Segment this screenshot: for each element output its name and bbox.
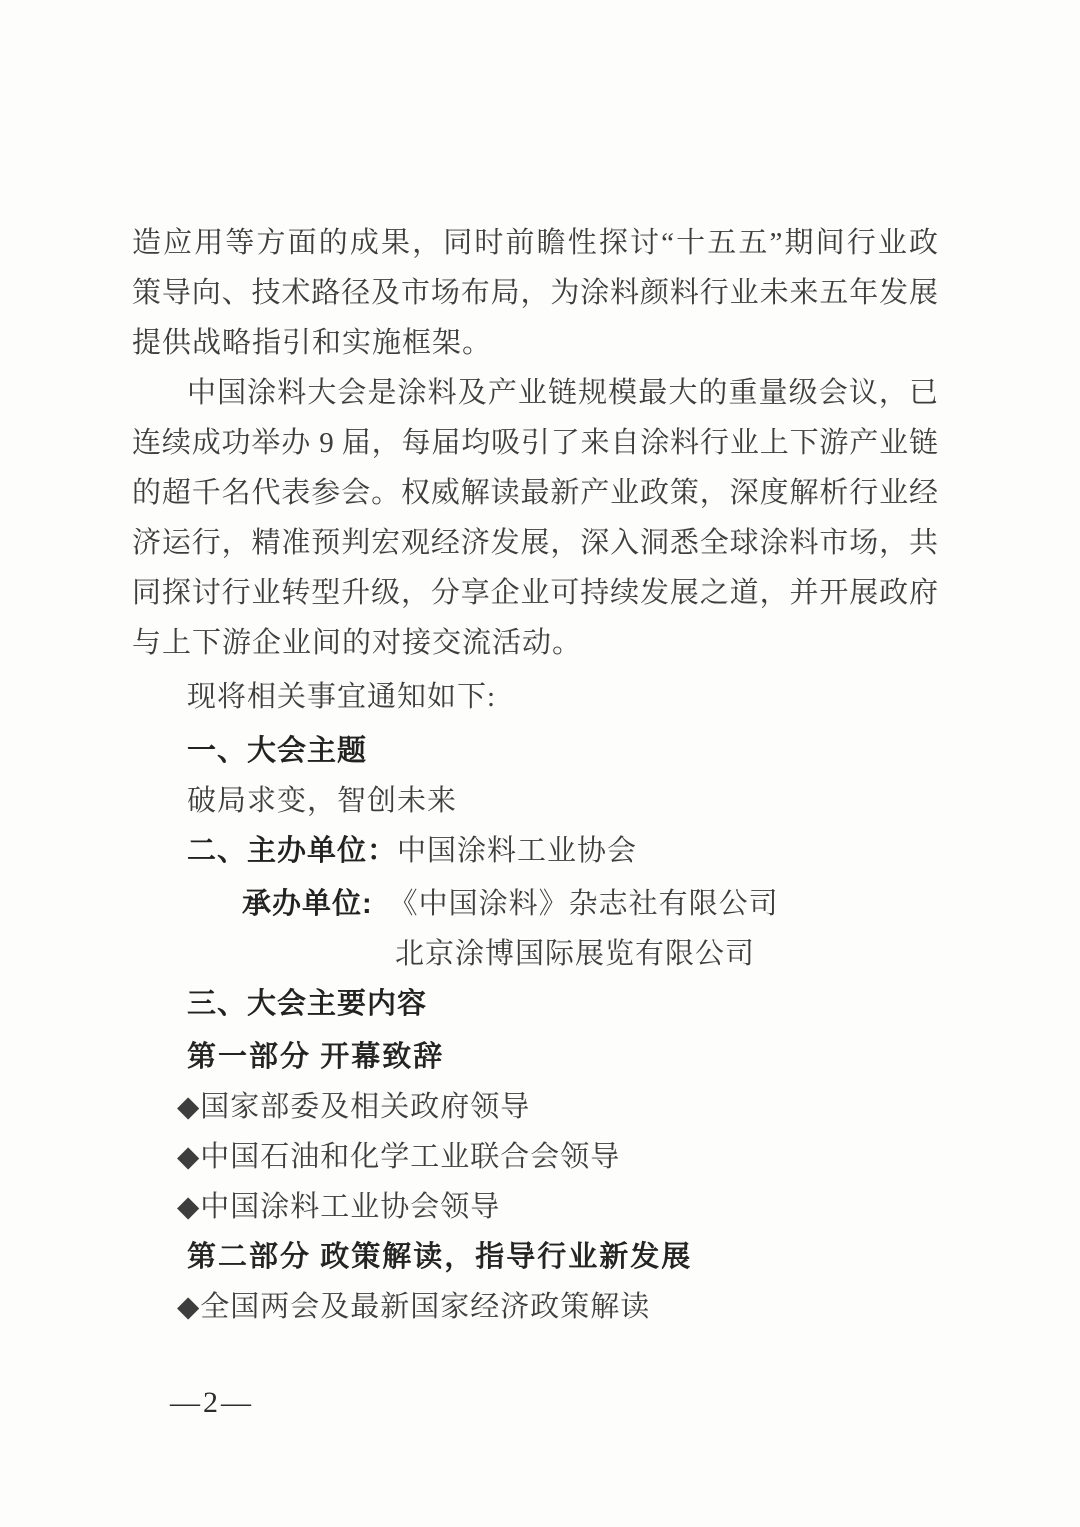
- section2-host-line: 二、主办单位：中国涂料工业协会: [132, 826, 938, 876]
- document-body: 造应用等方面的成果，同时前瞻性探讨“十五五”期间行业政 策导向、技术路径及市场布…: [132, 218, 938, 1332]
- section1-theme: 破局求变，智创未来: [132, 776, 938, 826]
- paragraph2-line3: 的超千名代表参会。权威解读最新产业政策，深度解析行业经: [132, 468, 938, 518]
- paragraph2-line5: 同探讨行业转型升级，分享企业可持续发展之道，并开展政府: [132, 568, 938, 618]
- notice-line: 现将相关事宜通知如下:: [132, 672, 938, 722]
- paragraph1-line3: 提供战略指引和实施框架。: [132, 318, 938, 368]
- paragraph2-line2: 连续成功举办 9 届，每届均吸引了来自涂料行业上下游产业链: [132, 418, 938, 468]
- page-number: —2—: [170, 1381, 254, 1425]
- part1-item-2: ◆中国石油和化学工业联合会领导: [132, 1132, 938, 1182]
- part2-item-1: ◆全国两会及最新国家经济政策解读: [132, 1282, 938, 1332]
- section2-organizer-line2: 北京涂博国际展览有限公司: [132, 929, 938, 979]
- host-label: 二、主办单位：: [187, 835, 397, 867]
- section3-heading: 三、大会主要内容: [132, 979, 938, 1029]
- paragraph2-line6: 与上下游企业间的对接交流活动。: [132, 618, 938, 668]
- host-value: 中国涂料工业协会: [397, 835, 637, 867]
- section2-organizer-line1: 承办单位:《中国涂料》杂志社有限公司: [132, 879, 938, 929]
- organizer-label: 承办单位:: [242, 888, 373, 920]
- part1-item-1: ◆国家部委及相关政府领导: [132, 1082, 938, 1132]
- section1-heading: 一、大会主题: [132, 726, 938, 776]
- organizer-value1: 《中国涂料》杂志社有限公司: [389, 888, 779, 920]
- part1-title: 第一部分 开幕致辞: [132, 1032, 938, 1082]
- paragraph1-line2: 策导向、技术路径及市场布局，为涂料颜料行业未来五年发展: [132, 268, 938, 318]
- paragraph1-line1: 造应用等方面的成果，同时前瞻性探讨“十五五”期间行业政: [132, 218, 938, 268]
- paragraph2-line4: 济运行，精准预判宏观经济发展，深入洞悉全球涂料市场，共: [132, 518, 938, 568]
- part1-item-3: ◆中国涂料工业协会领导: [132, 1182, 938, 1232]
- part2-title: 第二部分 政策解读，指导行业新发展: [132, 1232, 938, 1282]
- document-page: 造应用等方面的成果，同时前瞻性探讨“十五五”期间行业政 策导向、技术路径及市场布…: [0, 0, 1080, 1527]
- paragraph2-line1: 中国涂料大会是涂料及产业链规模最大的重量级会议，已: [132, 368, 938, 418]
